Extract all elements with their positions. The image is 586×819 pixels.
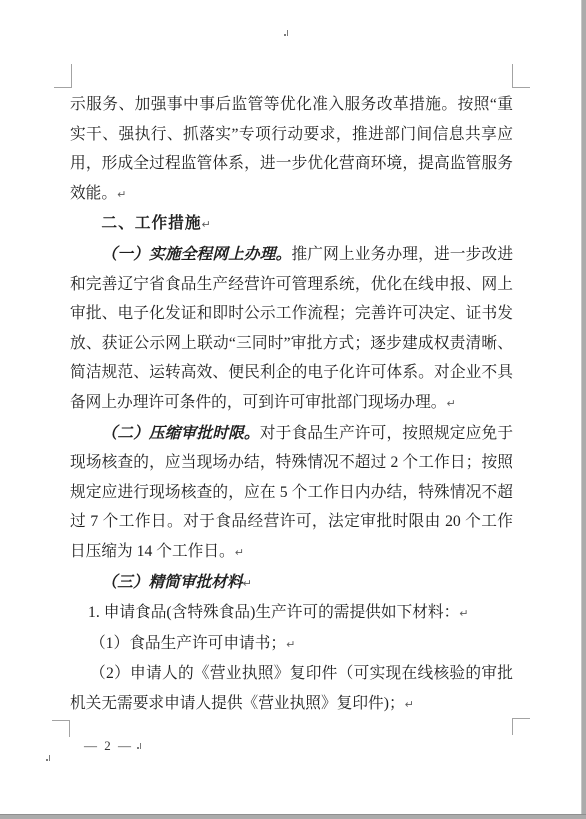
subheading-text: （三）精简审批材料: [101, 574, 242, 591]
word-document-page: 示服务、加强事中事后监管等优化准入服务改革措施。按照“重实干、强执行、抓落实”专…: [0, 0, 586, 819]
heading-text: 二、工作措施: [101, 215, 201, 232]
subheading-text: （二）压缩审批时限。: [101, 425, 259, 442]
paragraph-return-mark: ↵: [405, 698, 414, 711]
paragraph-text: 对于食品生产许可，按照规定应免于现场核查的，应当现场办结，特殊情况不超过 2 个…: [70, 425, 513, 560]
list-item-1: 1. 申请食品(含特殊食品)生产许可的需提供如下材料：↵: [70, 598, 513, 629]
list-item-text: （2）申请人的《营业执照》复印件（可实现在线核验的审批机关无需要求申请人提供《营…: [70, 665, 513, 712]
list-item-1-2: （2）申请人的《营业执照》复印件（可实现在线核验的审批机关无需要求申请人提供《营…: [70, 659, 513, 719]
list-item-1-1: （1）食品生产许可申请书；↵: [70, 629, 513, 660]
page-edge-bottom: [0, 814, 586, 819]
document-body: 示服务、加强事中事后监管等优化准入服务改革措施。按照“重实干、强执行、抓落实”专…: [70, 90, 513, 719]
paragraph-return-mark: ↵: [243, 577, 252, 590]
page-number: — 2 —: [84, 738, 141, 754]
list-item-text: （1）食品生产许可申请书；: [90, 635, 286, 652]
paragraph-return-mark: ↵: [447, 397, 456, 410]
paragraph-return-mark: ↵: [202, 218, 211, 231]
heading-simplify-materials: （三）精简审批材料↵: [70, 568, 513, 599]
page-number-paragraph-mark: [137, 742, 141, 749]
paragraph-return-mark: ↵: [459, 607, 468, 620]
paragraph-return-mark: ↵: [286, 638, 295, 651]
paragraph-continued-reform-measures: 示服务、加强事中事后监管等优化准入服务改革措施。按照“重实干、强执行、抓落实”专…: [70, 90, 513, 209]
footer-paragraph-mark: [46, 754, 50, 761]
page-edge-right: [581, 0, 586, 819]
text-boundary-mark-top-right: [512, 64, 530, 88]
heading-work-measures: 二、工作措施↵: [70, 209, 513, 240]
paragraph-text: 推广网上业务办理，进一步改进和完善辽宁省食品生产经营许可管理系统，优化在线申报、…: [70, 246, 513, 411]
list-item-text: 1. 申请食品(含特殊食品)生产许可的需提供如下材料：: [88, 604, 459, 621]
paragraph-compress-approval-time: （二）压缩审批时限。对于食品生产许可，按照规定应免于现场核查的，应当现场办结，特…: [70, 419, 513, 568]
paragraph-text: 示服务、加强事中事后监管等优化准入服务改革措施。按照“重实干、强执行、抓落实”专…: [70, 96, 513, 202]
subheading-text: （一）实施全程网上办理。: [101, 246, 291, 263]
header-paragraph-mark: [284, 29, 288, 36]
paragraph-return-mark: ↵: [235, 546, 244, 559]
text-boundary-mark-top-left: [54, 64, 72, 88]
text-boundary-mark-bottom-right: [512, 718, 530, 735]
page-number-text: — 2 —: [84, 738, 133, 753]
text-boundary-mark-bottom-left: [52, 720, 70, 737]
paragraph-online-processing: （一）实施全程网上办理。推广网上业务办理，进一步改进和完善辽宁省食品生产经营许可…: [70, 240, 513, 419]
paragraph-return-mark: ↵: [117, 188, 126, 201]
